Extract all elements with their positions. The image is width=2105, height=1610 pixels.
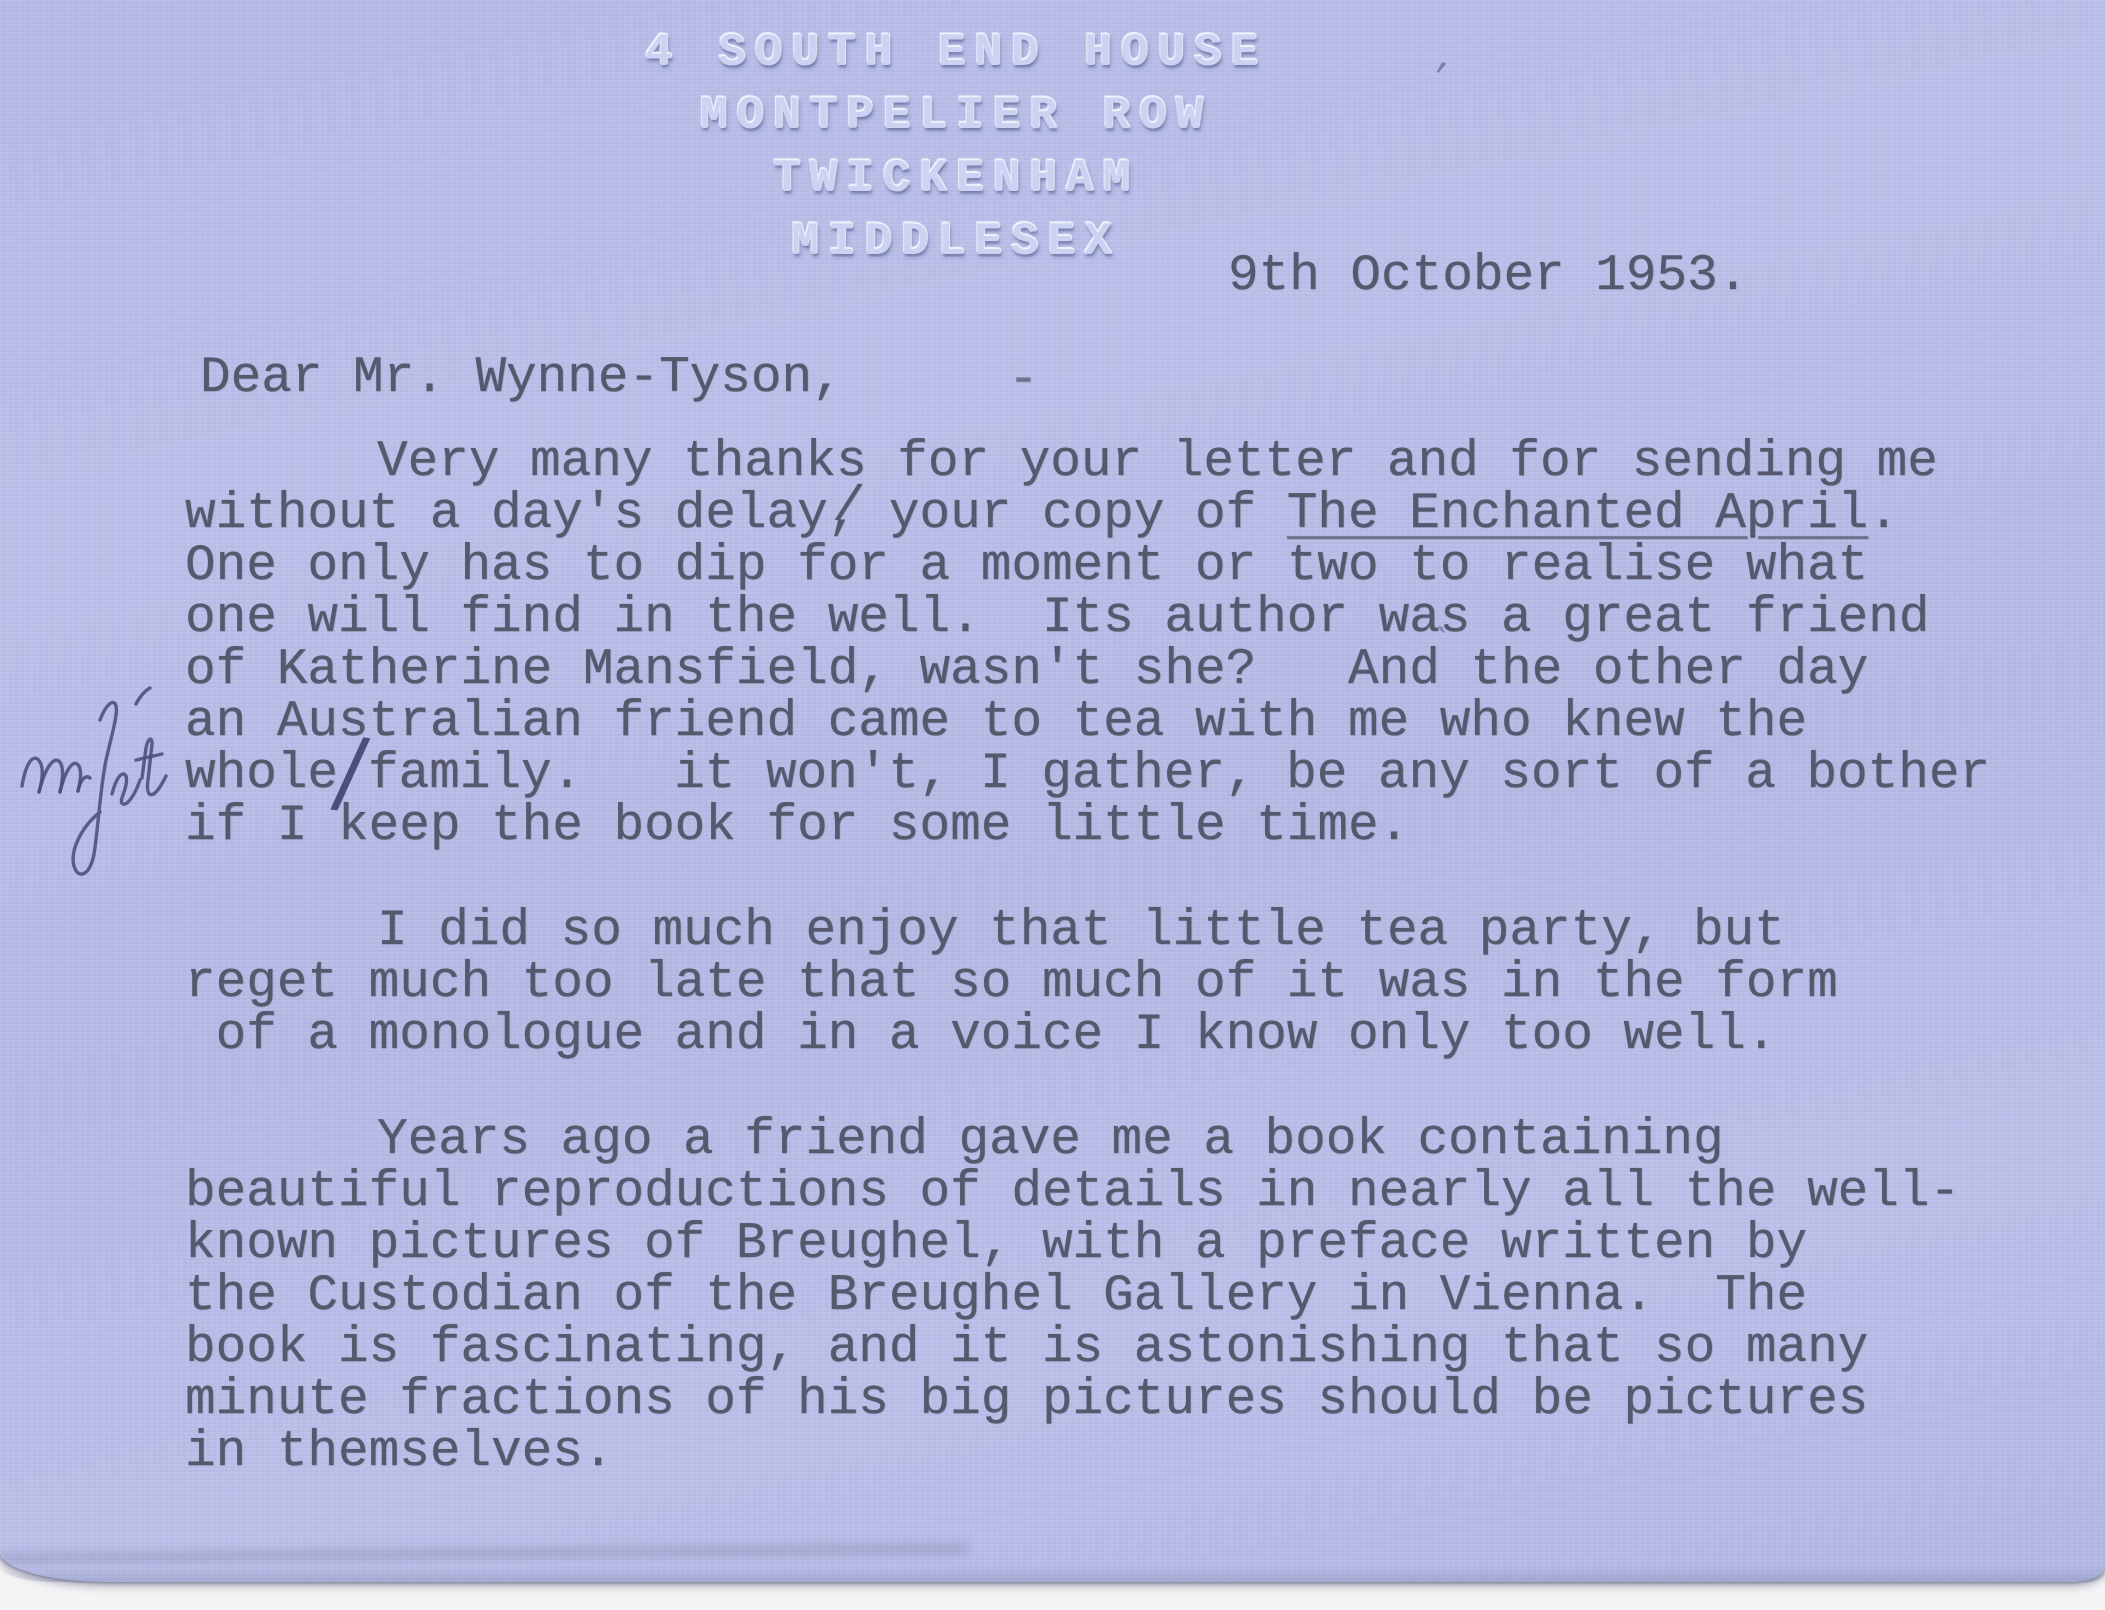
- letter-line: of Katherine Mansfield, wasn't she? And …: [185, 645, 2065, 697]
- letterhead-line: 4 SOUTH END HOUSE: [0, 22, 1912, 85]
- paper-crease-shadow: [0, 1544, 968, 1563]
- letter-line: an Australian friend came to tea with me…: [185, 697, 2065, 749]
- segment: without a day's delay: [185, 486, 828, 543]
- paragraph: Years ago a friend gave me a book contai…: [185, 1115, 2065, 1479]
- letter-line: book is fascinating, and it is astonishi…: [185, 1323, 2065, 1375]
- letter-line: in themselves.: [185, 1427, 2065, 1479]
- handwriting-scrawl-icon: [14, 686, 184, 891]
- paragraph: Very many thanks for your letter and for…: [185, 437, 2065, 853]
- letter-line: known pictures of Breughel, with a prefa…: [185, 1219, 2065, 1271]
- letterhead-line: MONTPELIER ROW: [0, 85, 1912, 148]
- letter-line: reget much too late that so much of it w…: [185, 958, 2065, 1010]
- letter-line: if I keep the book for some little time.: [185, 801, 2065, 853]
- segment: whole: [185, 746, 338, 803]
- margin-annotation: [14, 686, 184, 891]
- segment-underline: The Enchanted April: [1287, 486, 1869, 543]
- letter-body: Very many thanks for your letter and for…: [185, 437, 2065, 1532]
- letter-line: the Custodian of the Breughel Gallery in…: [185, 1271, 2065, 1323]
- letterhead-line: TWICKENHAM: [0, 148, 1912, 211]
- letter-line: I did so much enjoy that little tea part…: [185, 906, 2065, 958]
- salutation: Dear Mr. Wynne-Tyson,: [200, 350, 843, 407]
- letter-line: One only has to dip for a moment or two …: [185, 541, 2065, 593]
- letter-line: Years ago a friend gave me a book contai…: [185, 1115, 2065, 1167]
- letter-paper: 4 SOUTH END HOUSE MONTPELIER ROW TWICKEN…: [0, 0, 2105, 1582]
- stray-mark-dash: -: [1008, 352, 1039, 409]
- segment-hand-slash: /: [335, 770, 365, 774]
- letter-line: without a day's delay/, your copy of The…: [185, 489, 2065, 541]
- paragraph: I did so much enjoy that little tea part…: [185, 906, 2065, 1062]
- segment: , your copy of: [828, 486, 1287, 543]
- segment: family. it won't, I gather, be any sort …: [368, 746, 1990, 803]
- letter-line: minute fractions of his big pictures sho…: [185, 1375, 2065, 1427]
- letter-line: one will find in the well. Its author wa…: [185, 593, 2065, 645]
- date: 9th October 1953.: [1228, 248, 1748, 305]
- letter-line: beautiful reproductions of details in ne…: [185, 1167, 2065, 1219]
- letter-line: Very many thanks for your letter and for…: [185, 437, 2065, 489]
- segment: .: [1868, 486, 1899, 543]
- letter-line: whole/family. it won't, I gather, be any…: [185, 749, 2065, 801]
- letterhead: 4 SOUTH END HOUSE MONTPELIER ROW TWICKEN…: [0, 22, 1912, 274]
- letter-line: of a monologue and in a voice I know onl…: [185, 1010, 2065, 1062]
